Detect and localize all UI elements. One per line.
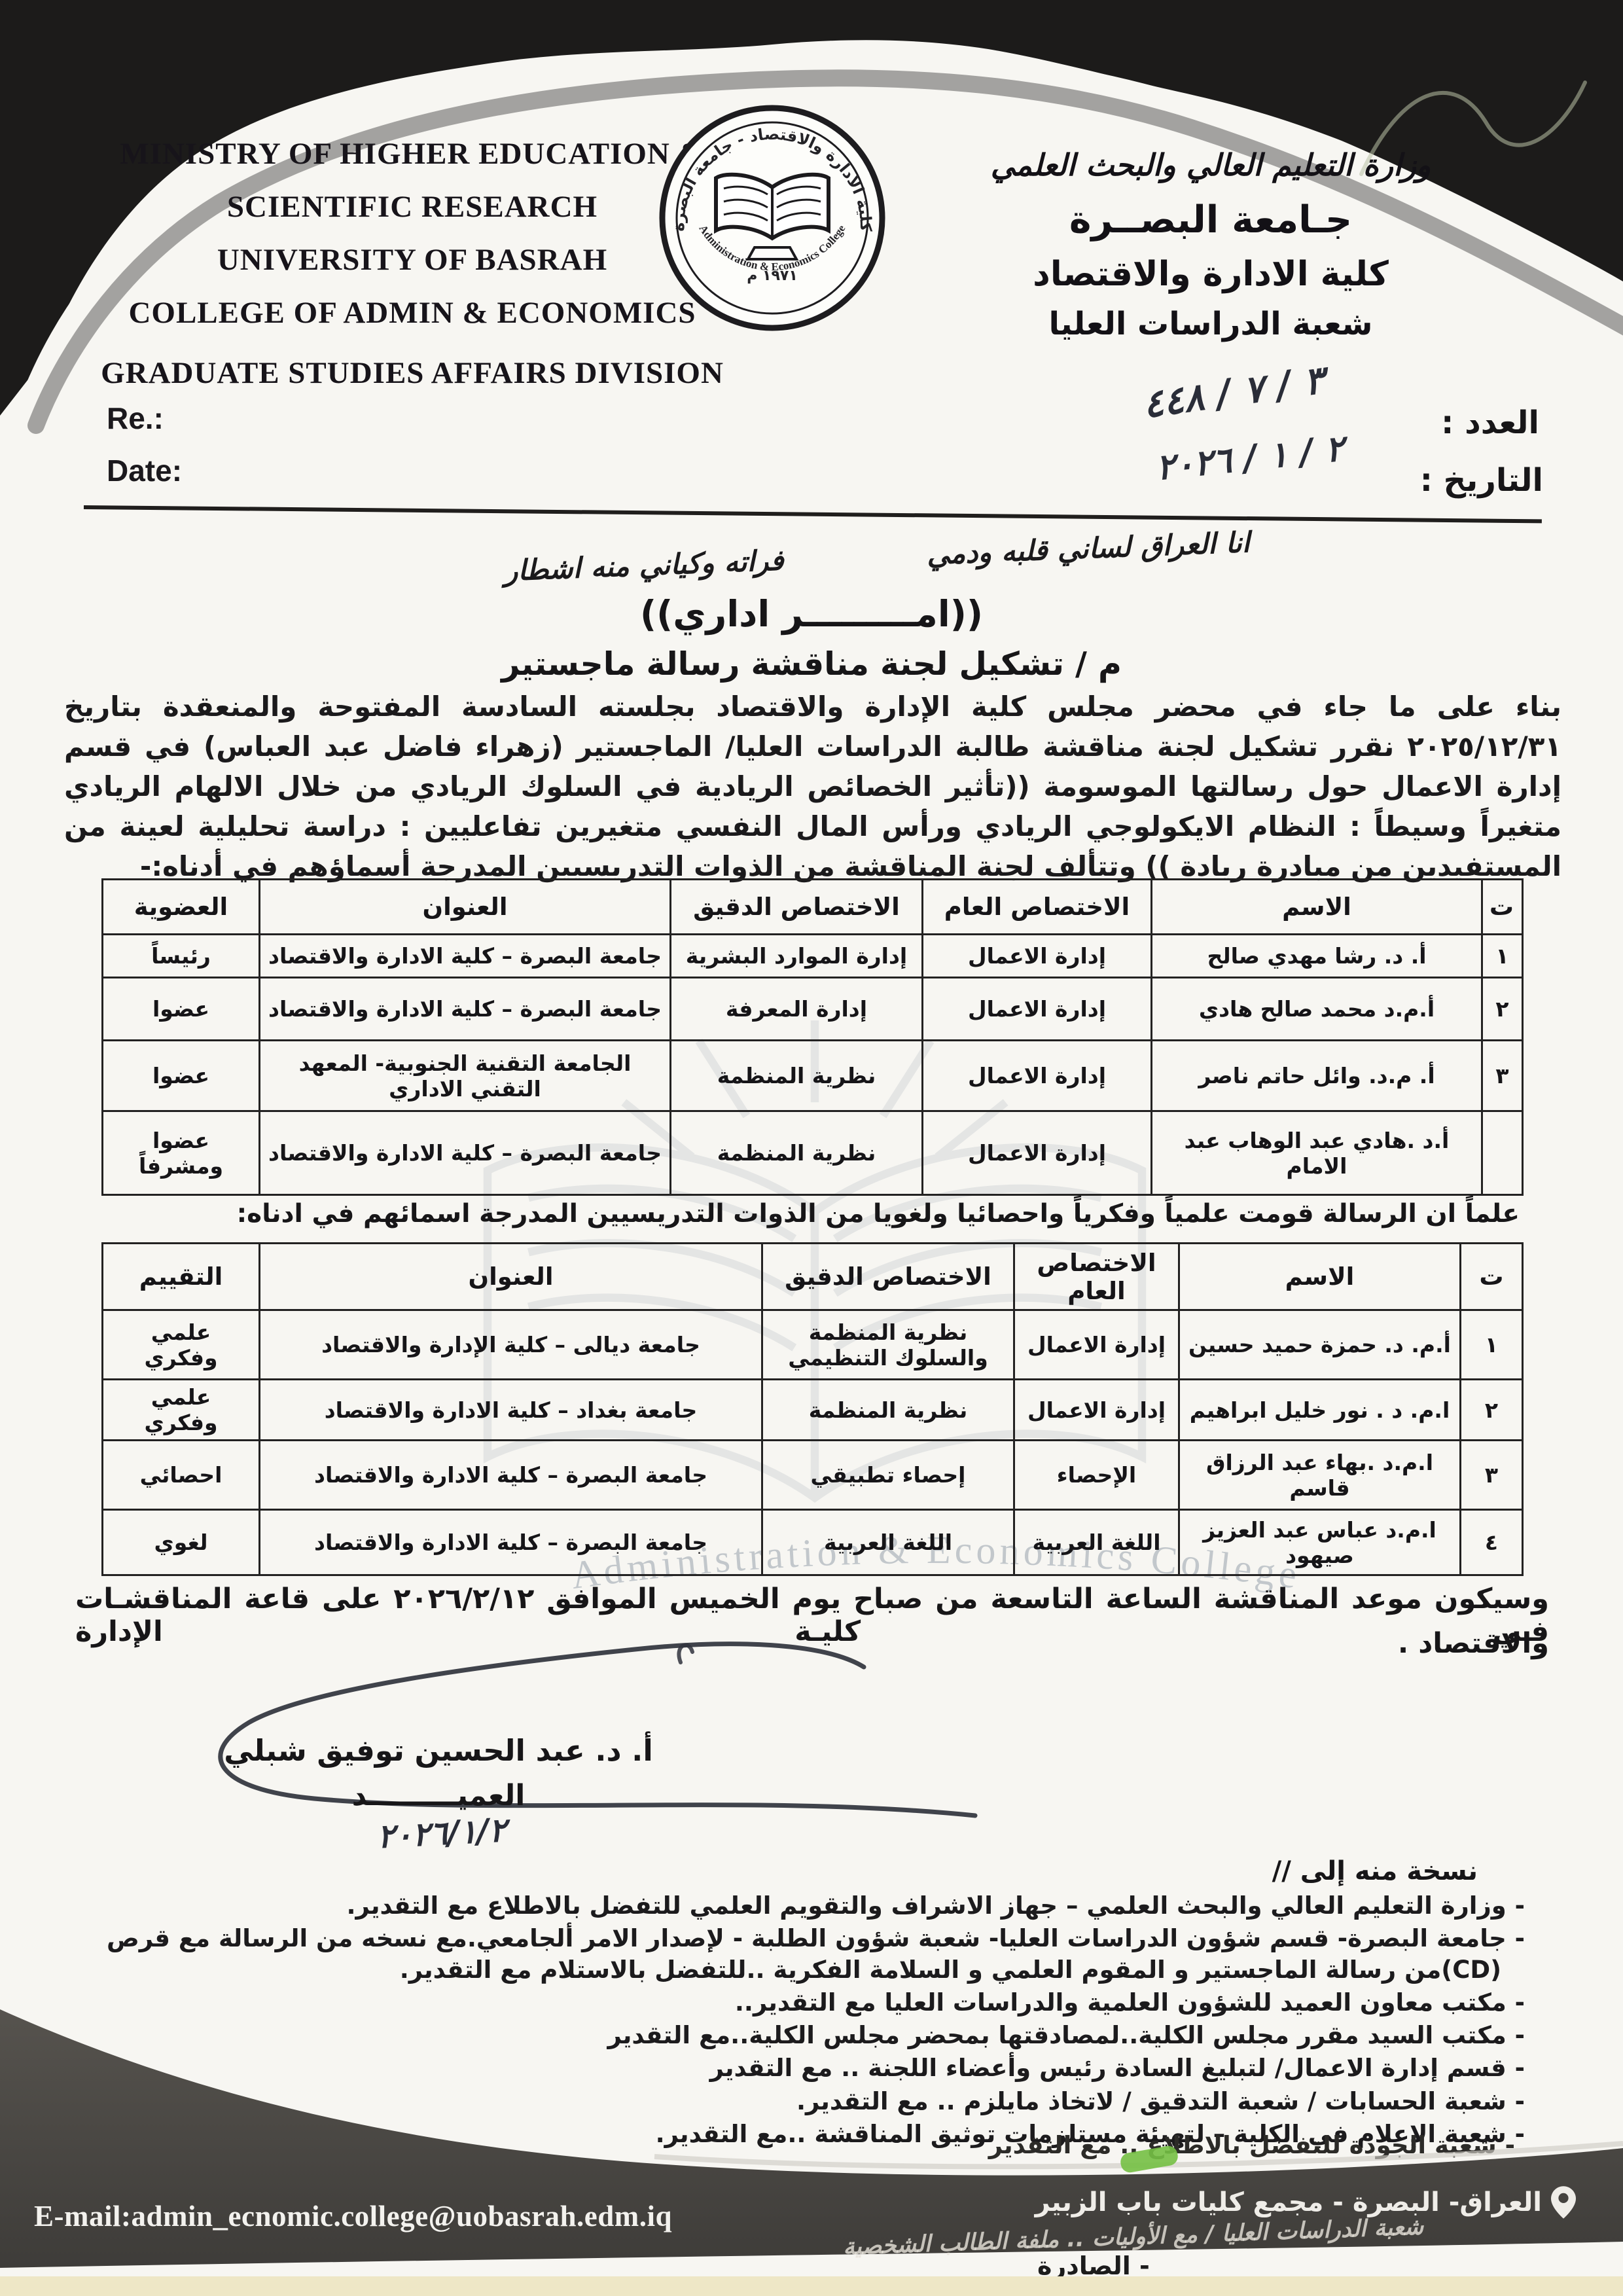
cell-specific: نظرية المنظمة [671,1111,923,1195]
cell-membership: عضوا [103,978,260,1041]
col-header-evaluation: التقييم [103,1244,260,1310]
cell-address: الجامعة التقنية الجنوبية- المعهد التقني … [260,1041,671,1111]
dean-title: العميـــــــــد [147,1779,730,1812]
cell-address: جامعة البصرة – كلية الادارة والاقتصاد [260,1441,762,1510]
committee-row: ٢ أ.م.د محمد صالح هادي إدارة الاعمال إدا… [103,978,1523,1041]
cell-specific: إدارة الموارد البشرية [671,935,923,978]
date-label-en: Date: [107,453,182,488]
col-header-specific: الاختصاص الدقيق [762,1244,1014,1310]
col-header-membership: العضوية [103,880,260,935]
header-line-ar: وزارة التعليم العالي والبحث العلمي [916,147,1505,183]
evaluator-row: ١ أ.م. د. حمزة حميد حسين إدارة الاعمال ن… [103,1310,1523,1380]
cell-name: أ.م. د. حمزة حميد حسين [1179,1310,1461,1380]
committee-row: أ.د .هادي عبد الوهاب عبد الامام إدارة ال… [103,1111,1523,1195]
cell-specific: نظرية المنظمة والسلوك التنظيمي [762,1310,1014,1380]
reference-block: Re.: Date: [107,401,182,505]
cell-evaluation: علمي وفكري [103,1380,260,1441]
cell-evaluation: علمي وفكري [103,1310,260,1380]
cell-address: جامعة البصرة – كلية الادارة والاقتصاد [260,978,671,1041]
motto-second-half: فراته وكياني منه اشطار [503,544,784,587]
cell-general: إدارة الاعمال [1014,1310,1179,1380]
cell-name: ا.م. د . نور خليل ابراهيم [1179,1380,1461,1441]
college-seal-logo: كلية الادارة والاقتصاد - جامعة البصرة Ad… [656,102,888,334]
cell-no: ٤ [1461,1510,1523,1575]
committee-table: ت الاسم الاختصاص العام الاختصاص الدقيق ا… [101,878,1524,1196]
cell-specific: إحصاء تطبيقي [762,1441,1014,1510]
header-line-en: MINISTRY OF HIGHER EDUCATION & [85,136,740,171]
cell-name: أ.م.د محمد صالح هادي [1152,978,1482,1041]
cell-no [1482,1111,1523,1195]
cell-address: جامعة بغداد – كلية الادارة والاقتصاد [260,1380,762,1441]
committee-row: ١ أ. د. رشا مهدي صالح إدارة الاعمال إدار… [103,935,1523,978]
cell-name: أ. م.د. وائل حاتم ناصر [1152,1041,1482,1111]
cell-address: جامعة البصرة – كلية الادارة والاقتصاد [260,1111,671,1195]
order-title: ((امـــــــــر اداري)) [0,593,1623,635]
college-address-text: العراق- البصرة - مجمع كليات باب الزبير [1035,2187,1542,2217]
evaluator-row: ٣ ا.م.د .بهاء عبد الرزاق قاسم الإحصاء إح… [103,1441,1523,1510]
header-line-ar: كلية الادارة والاقتصاد [916,255,1505,294]
college-email: E-mail:admin_ecnomic.college@uobasrah.ed… [34,2199,672,2233]
cell-specific: نظرية المنظمة [671,1041,923,1111]
cell-no: ٣ [1461,1441,1523,1510]
col-header-specific: الاختصاص الدقيق [671,880,923,935]
cell-name: أ. د. رشا مهدي صالح [1152,935,1482,978]
header-line-en: COLLEGE OF ADMIN & ECONOMICS [85,295,740,331]
cell-no: ٢ [1461,1380,1523,1441]
col-header-name: الاسم [1152,880,1482,935]
cell-specific: نظرية المنظمة [762,1380,1014,1441]
cell-general: الإحصاء [1014,1441,1179,1510]
footer-wave-decoration [0,1990,1623,2296]
header-divider-line [84,505,1542,523]
order-subject: م / تشكيل لجنة مناقشة رسالة ماجستير [0,645,1623,683]
copy-item: - وزارة التعليم العالي والبحث العلمي – ج… [92,1890,1525,1922]
cell-name: ا.م.د عباس عبد العزيز صيهود [1179,1510,1461,1575]
logo-year: ١٩٧١ م [747,268,798,284]
cell-evaluation: لغوي [103,1510,260,1575]
number-label: العدد : [1441,404,1539,441]
cell-general: إدارة الاعمال [923,978,1152,1041]
national-motto: انا العراق لساني قلبه ودمي فراته وكياني … [503,526,1250,588]
ministry-header-english: MINISTRY OF HIGHER EDUCATION & SCIENTIFI… [85,136,740,408]
cell-no: ١ [1461,1310,1523,1380]
cell-name: ا.م.د .بهاء عبد الرزاق قاسم [1179,1441,1461,1510]
ministry-header-arabic: وزارة التعليم العالي والبحث العلمي جـامع… [916,147,1505,342]
cell-no: ١ [1482,935,1523,978]
col-header-no: ت [1461,1244,1523,1310]
order-body-paragraph: بناء على ما جاء في محضر مجلس كلية الإدار… [64,687,1561,886]
scanned-administrative-order: MINISTRY OF HIGHER EDUCATION & SCIENTIFI… [0,0,1623,2296]
dean-name: أ. د. عبد الحسين توفيق شبلي [147,1733,730,1768]
evaluation-note: علماً ان الرسالة قومت علمياً وفكرياً واح… [237,1199,1520,1229]
header-line-en: GRADUATE STUDIES AFFAIRS DIVISION [85,355,740,391]
college-address: العراق- البصرة - مجمع كليات باب الزبير [1035,2186,1576,2219]
header-line-en: SCIENTIFIC RESEARCH [85,189,740,224]
cell-specific: إدارة المعرفة [671,978,923,1041]
committee-row: ٣ أ. م.د. وائل حاتم ناصر إدارة الاعمال ن… [103,1041,1523,1111]
cell-specific: اللغة العربية [762,1510,1014,1575]
re-label: Re.: [107,401,182,436]
committee-header-row: ت الاسم الاختصاص العام الاختصاص الدقيق ا… [103,880,1523,935]
evaluators-table: ت الاسم الاختصاص العام الاختصاص الدقيق ا… [101,1242,1524,1576]
copy-item: - جامعة البصرة- قسم شؤون الدراسات العليا… [92,1923,1525,1986]
copy-to-heading: نسخة منه إلى // [1272,1856,1478,1886]
cell-no: ٣ [1482,1041,1523,1111]
cell-name: أ.د .هادي عبد الوهاب عبد الامام [1152,1111,1482,1195]
cell-address: جامعة البصرة – كلية الادارة والاقتصاد [260,935,671,978]
cell-address: جامعة البصرة – كلية الادارة والاقتصاد [260,1510,762,1575]
cell-membership: عضوا [103,1041,260,1111]
cell-general: اللغة العربية [1014,1510,1179,1575]
cell-general: إدارة الاعمال [923,1041,1152,1111]
date-label-ar: التاريخ : [1420,462,1543,499]
motto-first-half: انا العراق لساني قلبه ودمي [926,526,1250,571]
header-line-ar: شعبة الدراسات العليا [916,306,1505,342]
evaluator-row: ٢ ا.م. د . نور خليل ابراهيم إدارة الاعما… [103,1380,1523,1441]
cell-no: ٢ [1482,978,1523,1041]
evaluator-row: ٤ ا.م.د عباس عبد العزيز صيهود اللغة العر… [103,1510,1523,1575]
col-header-general: الاختصاص العام [923,880,1152,935]
col-header-address: العنوان [260,880,671,935]
col-header-general: الاختصاص العام [1014,1244,1179,1310]
evaluators-header-row: ت الاسم الاختصاص العام الاختصاص الدقيق ا… [103,1244,1523,1310]
location-pin-icon [1551,2186,1576,2219]
bottom-beige-strip [0,2276,1623,2296]
header-line-ar: جـامعة البصــرة [916,198,1505,242]
cell-general: إدارة الاعمال [1014,1380,1179,1441]
col-header-name: الاسم [1179,1244,1461,1310]
col-header-address: العنوان [260,1244,762,1310]
cell-general: إدارة الاعمال [923,935,1152,978]
col-header-no: ت [1482,880,1523,935]
header-line-en: UNIVERSITY OF BASRAH [85,242,740,278]
cell-evaluation: احصائي [103,1441,260,1510]
cell-membership: رئيساً [103,935,260,978]
cell-general: إدارة الاعمال [923,1111,1152,1195]
cell-membership: عضوا ومشرفاً [103,1111,260,1195]
cell-address: جامعة ديالى – كلية الإدارة والاقتصاد [260,1310,762,1380]
